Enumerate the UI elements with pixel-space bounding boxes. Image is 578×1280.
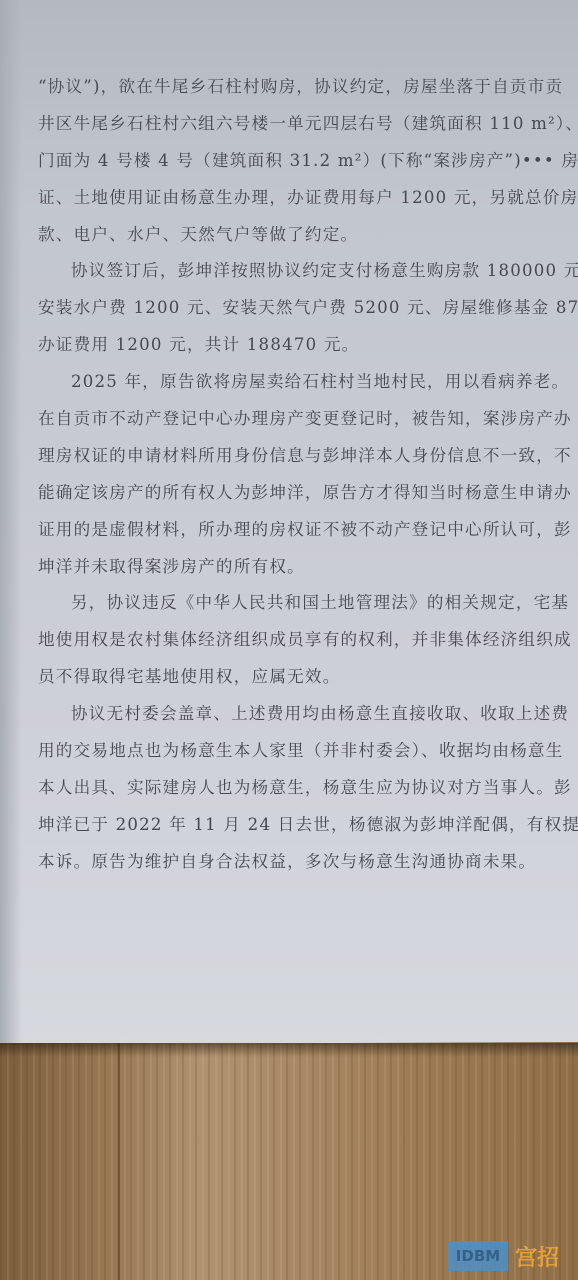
watermark-right-text: 宫招	[508, 1241, 566, 1271]
text-line: 协议签订后，彭坤洋按照协议约定支付杨意生购房款 180000 元、	[38, 258, 568, 295]
text-line: 2025 年，原告欲将房屋卖给石柱村当地村民，用以看病养老。	[38, 369, 568, 406]
text-line: 证用的是虚假材料，所办理的房权证不被不动产登记中心所认可，彭	[38, 517, 568, 554]
watermark-logo: IDBM 宫招	[448, 1241, 566, 1271]
text-line: 本人出具、实际建房人也为杨意生，杨意生应为协议对方当事人。彭	[38, 775, 568, 812]
watermark-left-block: IDBM	[448, 1241, 508, 1271]
text-line: 款、电户、水户、天然气户等做了约定。	[38, 222, 568, 259]
wood-plank-seam	[118, 1043, 120, 1280]
text-line: 另，协议违反《中华人民共和国土地管理法》的相关规定，宅基	[38, 590, 568, 627]
text-line: 办证费用 1200 元，共计 188470 元。	[38, 332, 568, 369]
text-line: 门面为 4 号楼 4 号（建筑面积 31.2 m²）(下称“案涉房产”)••• …	[38, 148, 568, 185]
page-edge-shadow	[0, 1043, 578, 1057]
text-line: 安装水户费 1200 元、安装天然气户费 5200 元、房屋维修基金 870 元…	[38, 295, 568, 332]
text-line: “协议”)，欲在牛尾乡石柱村购房，协议约定，房屋坐落于自贡市贡	[38, 74, 568, 111]
text-line: 井区牛尾乡石柱村六组六号楼一单元四层右号（建筑面积 110 m²）、	[38, 111, 568, 148]
text-line: 能确定该房产的所有权人为彭坤洋，原告方才得知当时杨意生申请办	[38, 480, 568, 517]
text-line: 地使用权是农村集体经济组织成员享有的权利，并非集体经济组织成	[38, 627, 568, 664]
text-line: 理房权证的申请材料所用身份信息与彭坤洋本人身份信息不一致，不	[38, 443, 568, 480]
text-line: 本诉。原告为维护自身合法权益，多次与杨意生沟通协商未果。	[38, 849, 568, 886]
text-line: 坤洋已于 2022 年 11 月 24 日去世，杨德淑为彭坤洋配偶，有权提起	[38, 812, 568, 849]
text-line: 在自贡市不动产登记中心办理房产变更登记时，被告知，案涉房产办	[38, 406, 568, 443]
text-line: 员不得取得宅基地使用权，应属无效。	[38, 664, 568, 701]
text-line: 协议无村委会盖章、上述费用均由杨意生直接收取、收取上述费	[38, 701, 568, 738]
text-line: 坤洋并未取得案涉房产的所有权。	[38, 554, 568, 591]
text-line: 证、土地使用证由杨意生办理，办证费用每户 1200 元，另就总价房	[38, 185, 568, 222]
document-page: “协议”)，欲在牛尾乡石柱村购房，协议约定，房屋坐落于自贡市贡井区牛尾乡石柱村六…	[0, 0, 578, 1048]
text-line: 用的交易地点也为杨意生本人家里（并非村委会）、收据均由杨意生	[38, 738, 568, 775]
document-body: “协议”)，欲在牛尾乡石柱村购房，协议约定，房屋坐落于自贡市贡井区牛尾乡石柱村六…	[38, 74, 568, 886]
